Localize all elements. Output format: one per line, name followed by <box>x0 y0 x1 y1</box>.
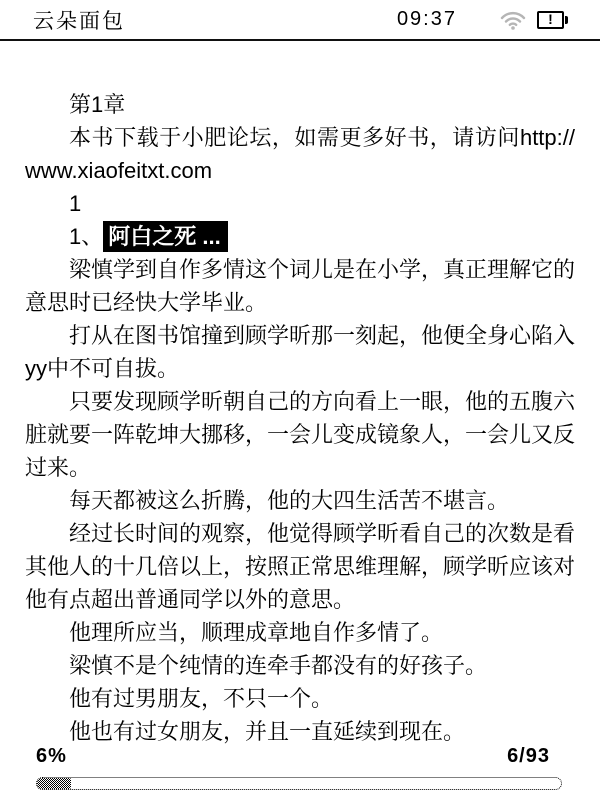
clock: 09:37 <box>397 8 457 31</box>
text-line: 他有点超出普通同学以外的意思。 <box>25 583 575 616</box>
text-line: 每天都被这么折腾，他的大四生活苦不堪言。 <box>25 484 575 517</box>
wifi-icon <box>499 9 527 31</box>
battery-alert-icon: ! <box>537 11 564 29</box>
text-line: 梁慎学到自作多情这个词儿是在小学，真正理解它的 <box>25 253 575 286</box>
text-line: www.xiaofeitxt.com <box>25 154 575 187</box>
battery-alert-mark: ! <box>548 12 553 26</box>
text-line: yy中不可自拔。 <box>25 352 575 385</box>
text-line: 打从在图书馆撞到顾学昕那一刻起，他便全身心陷入 <box>25 319 575 352</box>
text-line: 1 <box>25 187 575 220</box>
list-number: 1、 <box>69 224 103 249</box>
book-title: 云朵面包 <box>33 5 125 35</box>
progress-percent: 6% <box>36 745 67 768</box>
text-line: 1、阿白之死 ... <box>25 220 575 253</box>
progress-bar[interactable] <box>36 777 562 790</box>
reader-text[interactable]: 第1章本书下载于小肥论坛，如需更多好书，请访问http://www.xiaofe… <box>25 88 575 748</box>
text-line: 过来。 <box>25 451 575 484</box>
reading-progress-row: 6% 6/93 <box>36 745 550 768</box>
text-line: 脏就要一阵乾坤大挪移，一会儿变成镜象人，一会儿又反 <box>25 418 575 451</box>
text-line: 意思时已经快大学毕业。 <box>25 286 575 319</box>
page-indicator: 6/93 <box>507 745 550 768</box>
text-line: 其他人的十几倍以上，按照正常思维理解，顾学昕应该对 <box>25 550 575 583</box>
text-line: 只要发现顾学昕朝自己的方向看上一眼，他的五腹六 <box>25 385 575 418</box>
text-line: 他有过男朋友，不只一个。 <box>25 682 575 715</box>
highlighted-section-title: 阿白之死 ... <box>103 221 227 252</box>
progress-fill <box>37 778 71 789</box>
text-line: 梁慎不是个纯情的连牵手都没有的好孩子。 <box>25 649 575 682</box>
text-line: 他理所应当，顺理成章地自作多情了。 <box>25 616 575 649</box>
text-line: 本书下载于小肥论坛，如需更多好书，请访问http:// <box>25 121 575 154</box>
status-bar: 云朵面包 09:37 ! <box>0 0 600 41</box>
status-bar-right: 09:37 ! <box>397 8 570 31</box>
text-line: 他也有过女朋友，并且一直延续到现在。 <box>25 715 575 748</box>
ereader-screen: 云朵面包 09:37 ! 第1章本书下载于小肥论坛，如需更多好书，请访问http… <box>0 0 600 800</box>
text-line: 经过长时间的观察，他觉得顾学昕看自己的次数是看 <box>25 517 575 550</box>
text-line: 第1章 <box>25 88 575 121</box>
